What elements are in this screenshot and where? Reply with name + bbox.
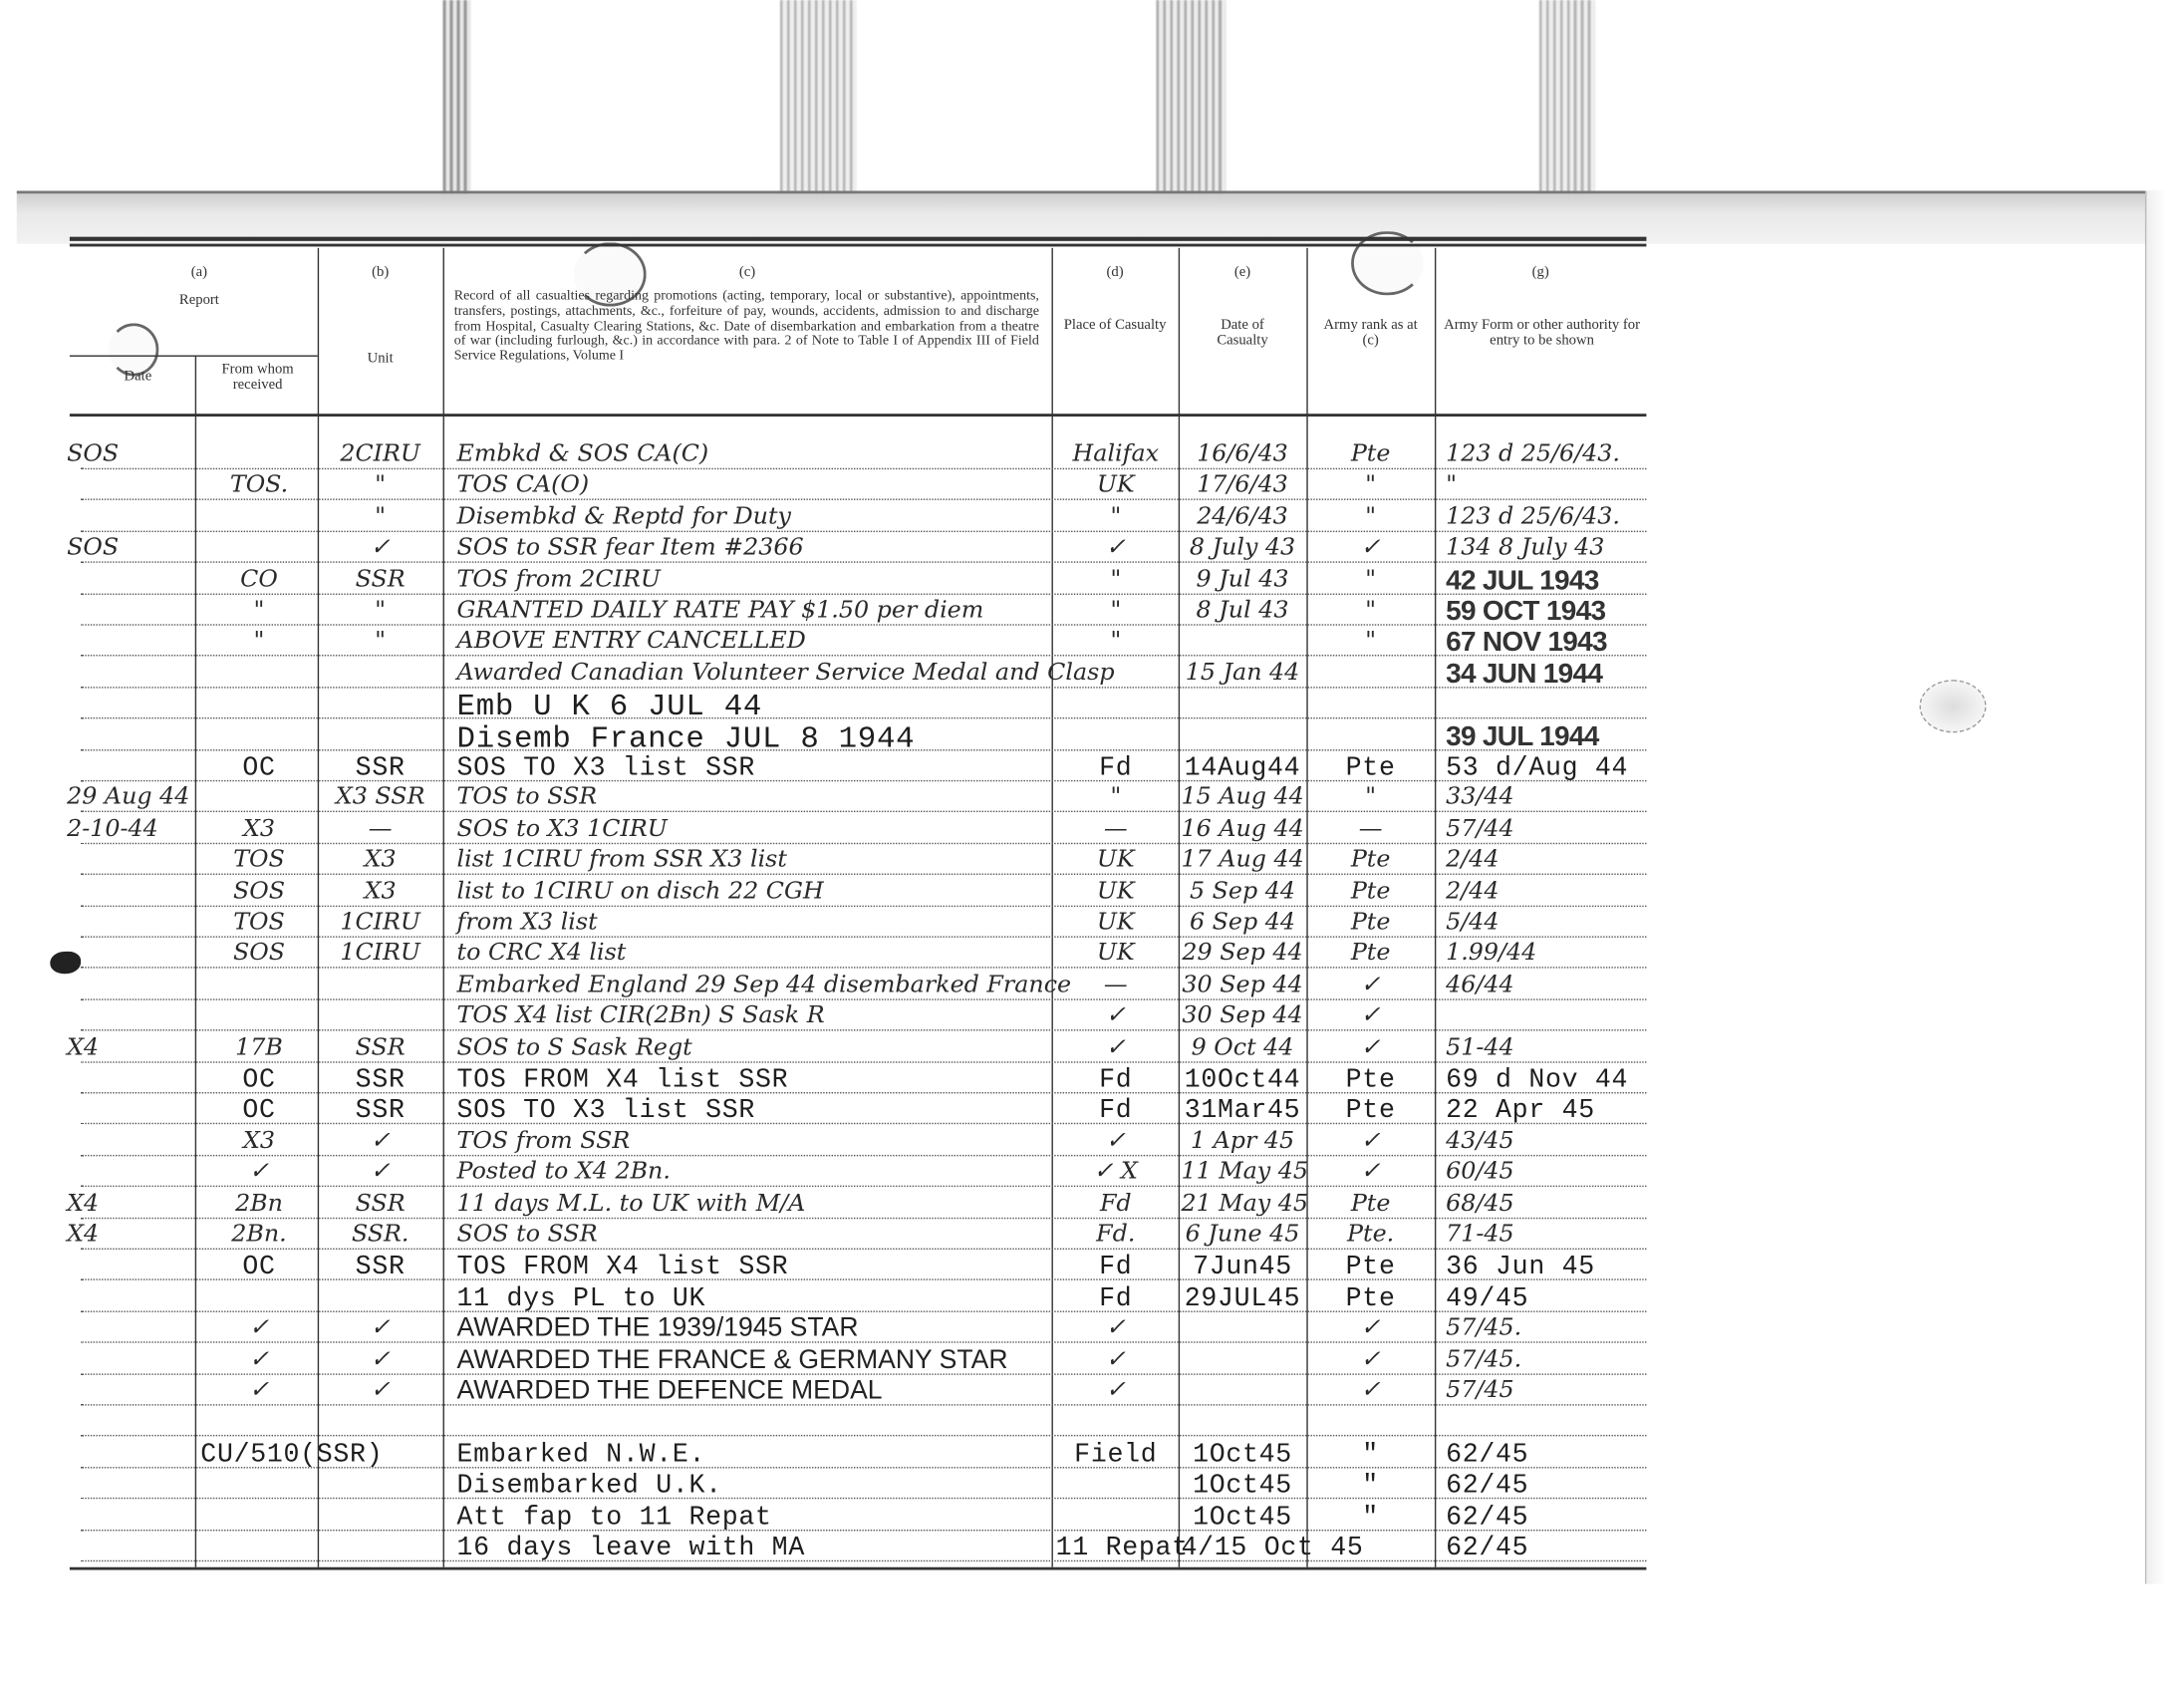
cell-rank: " (1309, 596, 1432, 624)
cell-record: Disembkd & Reptd for Duty (457, 502, 1049, 530)
cell-cdate: 10Oct44 (1182, 1064, 1304, 1095)
header-unit: Unit (318, 351, 443, 366)
cell-authority: 53 d/Aug 44 (1446, 752, 1641, 783)
cell-authority: 22 Apr 45 (1446, 1095, 1641, 1126)
cell-record: from X3 list (457, 908, 1049, 936)
cell-authority: 59 OCT 1943 (1446, 596, 1641, 628)
cell-unit: 1CIRU (321, 908, 440, 936)
cell-rank: " (1309, 1439, 1432, 1470)
cell-place: Fd. (1056, 1221, 1176, 1249)
cell-rank: " (1309, 783, 1432, 811)
cell-from: SOS (200, 940, 317, 968)
header-date: Date (81, 369, 195, 384)
cell-authority: 67 NOV 1943 (1446, 628, 1641, 660)
cell-place: UK (1056, 940, 1176, 968)
cell-record: Embarked N.W.E. (457, 1439, 1049, 1470)
ruled-line (81, 1249, 1646, 1250)
cell-place: " (1056, 502, 1176, 530)
cell-cdate: 4/15 Oct 45 (1182, 1533, 1304, 1563)
cell-authority: 57/45 (1446, 1376, 1641, 1404)
cell-record: SOS to S Sask Regt (457, 1033, 1049, 1061)
cell-authority: 62/45 (1446, 1439, 1641, 1470)
cell-authority: 57/45. (1446, 1314, 1641, 1342)
cell-authority: 39 JUL 1944 (1446, 721, 1641, 753)
cell-record: Awarded Canadian Volunteer Service Medal… (457, 659, 1049, 687)
cell-authority: 62/45 (1446, 1470, 1641, 1501)
cell-place: — (1056, 971, 1176, 998)
cell-rank: ✓ (1309, 1127, 1432, 1155)
cell-cdate: 8 Jul 43 (1182, 596, 1304, 624)
form-top-rule (70, 237, 1647, 241)
cell-from: " (200, 628, 317, 656)
cell-cdate: 15 Aug 44 (1182, 783, 1304, 811)
cell-cdate: 15 Jan 44 (1182, 659, 1304, 687)
ruled-line (81, 968, 1646, 969)
cell-authority: 5/44 (1446, 908, 1641, 936)
cell-unit: ✓ (321, 1127, 440, 1155)
cell-rank: Pte (1309, 1189, 1432, 1217)
cell-unit: SSR (321, 1033, 440, 1061)
copy-streak (1156, 0, 1226, 195)
cell-record: TOS FROM X4 list SSR (457, 1252, 1049, 1282)
cell-record: TOS from 2CIRU (457, 565, 1049, 593)
cell-unit: ✓ (321, 1376, 440, 1404)
cell-cdate: 29JUL45 (1182, 1282, 1304, 1313)
cell-rank: ✓ (1309, 1033, 1432, 1061)
cell-authority: 33/44 (1446, 783, 1641, 811)
cell-unit: X3 SSR (321, 783, 440, 811)
service-record-form: (a) Report Date From whom received (b) U… (81, 237, 1646, 1567)
cell-cdate: 8 July 43 (1182, 534, 1304, 562)
cell-rank: " (1309, 502, 1432, 530)
cell-rank: Pte (1309, 440, 1432, 468)
cell-place: ✓ (1056, 534, 1176, 562)
cell-authority: 123 d 25/6/43. (1446, 502, 1641, 530)
cell-authority: 71-45 (1446, 1221, 1641, 1249)
cell-from: OC (200, 752, 317, 783)
cell-place: Field (1056, 1439, 1176, 1470)
cell-record: 11 days M.L. to UK with M/A (457, 1189, 1049, 1217)
cell-cdate: 21 May 45 (1182, 1189, 1304, 1217)
header-d-letter: (d) (1051, 265, 1178, 280)
cell-rank: Pte (1309, 1282, 1432, 1313)
ruled-line (81, 874, 1646, 875)
cell-cdate: 6 June 45 (1182, 1221, 1304, 1249)
cell-unit: SSR. (321, 1221, 440, 1249)
cell-date: SOS (67, 534, 189, 562)
cell-unit: ✓ (321, 1314, 440, 1342)
cell-date: 29 Aug 44 (67, 783, 189, 811)
cell-rank: Pte (1309, 1064, 1432, 1095)
cell-cdate: 1Oct45 (1182, 1439, 1304, 1470)
ruled-line (81, 499, 1646, 500)
cell-from: CU/510(SSR) (200, 1439, 317, 1470)
cell-place: ✓ (1056, 1376, 1176, 1404)
cell-from: X3 (200, 1127, 317, 1155)
cell-record: ABOVE ENTRY CANCELLED (457, 628, 1049, 656)
cell-unit: " (321, 502, 440, 530)
cell-record: Posted to X4 2Bn. (457, 1158, 1049, 1186)
cell-rank: ✓ (1309, 534, 1432, 562)
cell-date: X4 (67, 1033, 189, 1061)
cell-record: Embarked England 29 Sep 44 disembarked F… (457, 971, 1049, 998)
ruled-line (81, 1061, 1646, 1062)
cell-from: " (200, 596, 317, 624)
cell-from: TOS. (200, 471, 317, 499)
cell-unit: ✓ (321, 1158, 440, 1186)
cell-record: TOS X4 list CIR(2Bn) S Sask R (457, 1001, 1049, 1029)
cell-place: UK (1056, 471, 1176, 499)
ruled-line (81, 468, 1646, 469)
cell-authority: 62/45 (1446, 1533, 1641, 1563)
cell-record: AWARDED THE FRANCE & GERMANY STAR (457, 1345, 1049, 1376)
cell-authority: 2/44 (1446, 877, 1641, 905)
cell-place: Halifax (1056, 440, 1176, 468)
cell-from: OC (200, 1252, 317, 1282)
cell-cdate: 1 Apr 45 (1182, 1127, 1304, 1155)
cell-cdate: 17 Aug 44 (1182, 846, 1304, 874)
ruled-line (81, 530, 1646, 531)
ruled-line (81, 1155, 1646, 1156)
cell-record: list to 1CIRU on disch 22 CGH (457, 877, 1049, 905)
cell-record: 11 dys PL to UK (457, 1282, 1049, 1313)
cell-authority: 134 8 July 43 (1446, 534, 1641, 562)
header-rank: Army rank as at (c) (1320, 318, 1421, 349)
cell-unit: — (321, 815, 440, 843)
cell-place: ✓ (1056, 1001, 1176, 1029)
cell-rank: Pte (1309, 940, 1432, 968)
cell-authority: 60/45 (1446, 1158, 1641, 1186)
cell-record: TOS from SSR (457, 1127, 1049, 1155)
header-from-whom: From whom received (203, 362, 312, 393)
cell-place: " (1056, 565, 1176, 593)
cell-record: list 1CIRU from SSR X3 list (457, 846, 1049, 874)
cell-rank: ✓ (1309, 971, 1432, 998)
form-top-rule (70, 244, 1647, 247)
cell-from: CO (200, 565, 317, 593)
cell-record: Disemb France JUL 8 1944 (457, 721, 1049, 756)
ruled-line (81, 593, 1646, 594)
cell-place: Fd (1056, 752, 1176, 783)
cell-unit: SSR (321, 565, 440, 593)
cell-authority: 42 JUL 1943 (1446, 565, 1641, 597)
header-authority: Army Form or other authority for entry t… (1441, 318, 1644, 349)
copy-streak (780, 0, 857, 195)
cell-cdate: 30 Sep 44 (1182, 971, 1304, 998)
cell-authority: 57/45. (1446, 1345, 1641, 1373)
cell-record: TOS to SSR (457, 783, 1049, 811)
cell-rank: Pte. (1309, 1221, 1432, 1249)
cell-rank: Pte (1309, 877, 1432, 905)
cell-record: SOS TO X3 list SSR (457, 1095, 1049, 1126)
cell-cdate: 7Jun45 (1182, 1252, 1304, 1282)
cell-authority: 2/44 (1446, 846, 1641, 874)
cell-authority: 34 JUN 1944 (1446, 659, 1641, 691)
cell-place: ✓ (1056, 1314, 1176, 1342)
cell-rank: " (1309, 628, 1432, 656)
ruled-line (81, 1029, 1646, 1030)
cell-place: ✓ (1056, 1033, 1176, 1061)
cell-authority: 57/44 (1446, 815, 1641, 843)
cell-rank: ✓ (1309, 1001, 1432, 1029)
header-b-letter: (b) (318, 265, 443, 280)
cell-from: ✓ (200, 1158, 317, 1186)
cell-rank: Pte (1309, 908, 1432, 936)
cell-rank: ✓ (1309, 1158, 1432, 1186)
cell-rank: Pte (1309, 846, 1432, 874)
cell-unit: SSR (321, 752, 440, 783)
cell-cdate: 17/6/43 (1182, 471, 1304, 499)
cell-record: TOS FROM X4 list SSR (457, 1064, 1049, 1095)
cell-authority: 43/45 (1446, 1127, 1641, 1155)
cell-unit: SSR (321, 1095, 440, 1126)
cell-authority: 1.99/44 (1446, 940, 1641, 968)
cell-rank: ✓ (1309, 1345, 1432, 1373)
cell-unit: ✓ (321, 534, 440, 562)
ruled-line (81, 811, 1646, 812)
cell-place: ✓ (1056, 1127, 1176, 1155)
cell-record: SOS to X3 1CIRU (457, 815, 1049, 843)
cell-from: TOS (200, 908, 317, 936)
cell-unit: SSR (321, 1064, 440, 1095)
cell-unit: ✓ (321, 1345, 440, 1373)
cell-from: OC (200, 1064, 317, 1095)
cell-record: TOS CA(O) (457, 471, 1049, 499)
cell-authority: 51-44 (1446, 1033, 1641, 1061)
ruled-line (81, 843, 1646, 844)
cell-place: UK (1056, 846, 1176, 874)
cell-unit: " (321, 471, 440, 499)
sheet-edge (2145, 191, 2166, 1584)
cell-date: SOS (67, 440, 189, 468)
cell-date: X4 (67, 1221, 189, 1249)
cell-cdate: 16 Aug 44 (1182, 815, 1304, 843)
cell-from: SOS (200, 877, 317, 905)
cell-cdate: 9 Jul 43 (1182, 565, 1304, 593)
cell-authority: 69 d Nov 44 (1446, 1064, 1641, 1095)
cell-place: — (1056, 815, 1176, 843)
cell-rank: " (1309, 1470, 1432, 1501)
cell-place: Fd (1056, 1252, 1176, 1282)
cell-from: TOS (200, 846, 317, 874)
cell-place: Fd (1056, 1095, 1176, 1126)
cell-rank: Pte (1309, 1252, 1432, 1282)
cell-authority: 46/44 (1446, 971, 1641, 998)
cell-record: Embkd & SOS CA(C) (457, 440, 1049, 468)
cell-rank: Pte (1309, 1095, 1432, 1126)
cell-cdate: 9 Oct 44 (1182, 1033, 1304, 1061)
cell-from: OC (200, 1095, 317, 1126)
ruled-line (81, 1217, 1646, 1218)
cell-record: SOS TO X3 list SSR (457, 752, 1049, 783)
cell-from: 2Bn. (200, 1221, 317, 1249)
cell-from: 17B (200, 1033, 317, 1061)
cell-authority: 68/45 (1446, 1189, 1641, 1217)
cell-record: SOS to SSR fear Item #2366 (457, 534, 1049, 562)
ruled-line (81, 1186, 1646, 1187)
cell-cdate: 5 Sep 44 (1182, 877, 1304, 905)
cell-place: ✓ X (1056, 1158, 1176, 1186)
cell-rank: " (1309, 471, 1432, 499)
cell-place: ✓ (1056, 1345, 1176, 1373)
cell-cdate: 24/6/43 (1182, 502, 1304, 530)
cell-cdate: 6 Sep 44 (1182, 908, 1304, 936)
cell-cdate: 30 Sep 44 (1182, 1001, 1304, 1029)
cell-cdate: 14Aug44 (1182, 752, 1304, 783)
cell-record: GRANTED DAILY RATE PAY $1.50 per diem (457, 596, 1049, 624)
header-place: Place of Casualty (1063, 318, 1168, 333)
cell-from: X3 (200, 815, 317, 843)
cell-cdate: 31Mar45 (1182, 1095, 1304, 1126)
copy-streak (443, 0, 471, 195)
cell-authority: 36 Jun 45 (1446, 1252, 1641, 1282)
cell-from: ✓ (200, 1376, 317, 1404)
ink-blot-icon (50, 952, 81, 974)
cell-date: 2-10-44 (67, 815, 189, 843)
cell-cdate: 1Oct45 (1182, 1470, 1304, 1501)
cell-place: Fd (1056, 1064, 1176, 1095)
cell-from: 2Bn (200, 1189, 317, 1217)
cell-record: Att fap to 11 Repat (457, 1501, 1049, 1532)
cell-place: " (1056, 783, 1176, 811)
cell-unit: X3 (321, 877, 440, 905)
header-date-casualty: Date of Casualty (1195, 318, 1289, 349)
cell-place: " (1056, 628, 1176, 656)
cell-unit: X3 (321, 846, 440, 874)
header-c-letter: (c) (443, 265, 1052, 280)
cell-rank: " (1309, 1501, 1432, 1532)
ruled-line (81, 998, 1646, 999)
cell-from: ✓ (200, 1345, 317, 1373)
ruled-line (81, 687, 1646, 688)
header-a-letter: (a) (81, 265, 318, 280)
cell-rank: ✓ (1309, 1314, 1432, 1342)
margin-mark-icon (1919, 680, 1986, 732)
cell-place: Fd (1056, 1189, 1176, 1217)
cell-rank: " (1309, 565, 1432, 593)
cell-record: Disembarked U.K. (457, 1470, 1049, 1501)
document-scan: (a) Report Date From whom received (b) U… (0, 0, 2184, 1690)
ruled-line (81, 905, 1646, 906)
cell-unit: SSR (321, 1252, 440, 1282)
cell-unit: 1CIRU (321, 940, 440, 968)
cell-rank: Pte (1309, 752, 1432, 783)
ruled-line (81, 624, 1646, 625)
cell-authority: 62/45 (1446, 1501, 1641, 1532)
header-record: Record of all casualties regarding promo… (454, 290, 1039, 365)
cell-record: SOS to SSR (457, 1221, 1049, 1249)
cell-record: AWARDED THE DEFENCE MEDAL (457, 1376, 1049, 1407)
cell-cdate: 1Oct45 (1182, 1501, 1304, 1532)
cell-cdate: 11 May 45 (1182, 1158, 1304, 1186)
cell-record: Emb U K 6 JUL 44 (457, 690, 1049, 724)
ruled-line (81, 936, 1646, 937)
cell-place: Fd (1056, 1282, 1176, 1313)
copy-streak (1539, 0, 1595, 195)
cell-record: to CRC X4 list (457, 940, 1049, 968)
cell-place: UK (1056, 877, 1176, 905)
cell-rank: ✓ (1309, 1376, 1432, 1404)
cell-unit: " (321, 596, 440, 624)
cell-from: ✓ (200, 1314, 317, 1342)
cell-authority: " (1446, 471, 1641, 499)
cell-cdate: 29 Sep 44 (1182, 940, 1304, 968)
cell-cdate: 16/6/43 (1182, 440, 1304, 468)
cell-unit: SSR (321, 1189, 440, 1217)
cell-authority: 123 d 25/6/43. (1446, 440, 1641, 468)
header-e-letter: (e) (1179, 265, 1307, 280)
cell-rank: — (1309, 815, 1432, 843)
ruled-line (81, 562, 1646, 563)
cell-date: X4 (67, 1189, 189, 1217)
cell-place: " (1056, 596, 1176, 624)
ruled-line (81, 656, 1646, 657)
header-report: Report (81, 293, 318, 308)
cell-record: AWARDED THE 1939/1945 STAR (457, 1314, 1049, 1345)
header-g-letter: (g) (1435, 265, 1646, 280)
cell-record: 16 days leave with MA (457, 1533, 1049, 1563)
ruled-line (81, 1435, 1646, 1436)
cell-unit: " (321, 628, 440, 656)
cell-place: 11 Repat (1056, 1533, 1176, 1563)
cell-place: UK (1056, 908, 1176, 936)
cell-authority: 49/45 (1446, 1282, 1641, 1313)
cell-unit: 2CIRU (321, 440, 440, 468)
